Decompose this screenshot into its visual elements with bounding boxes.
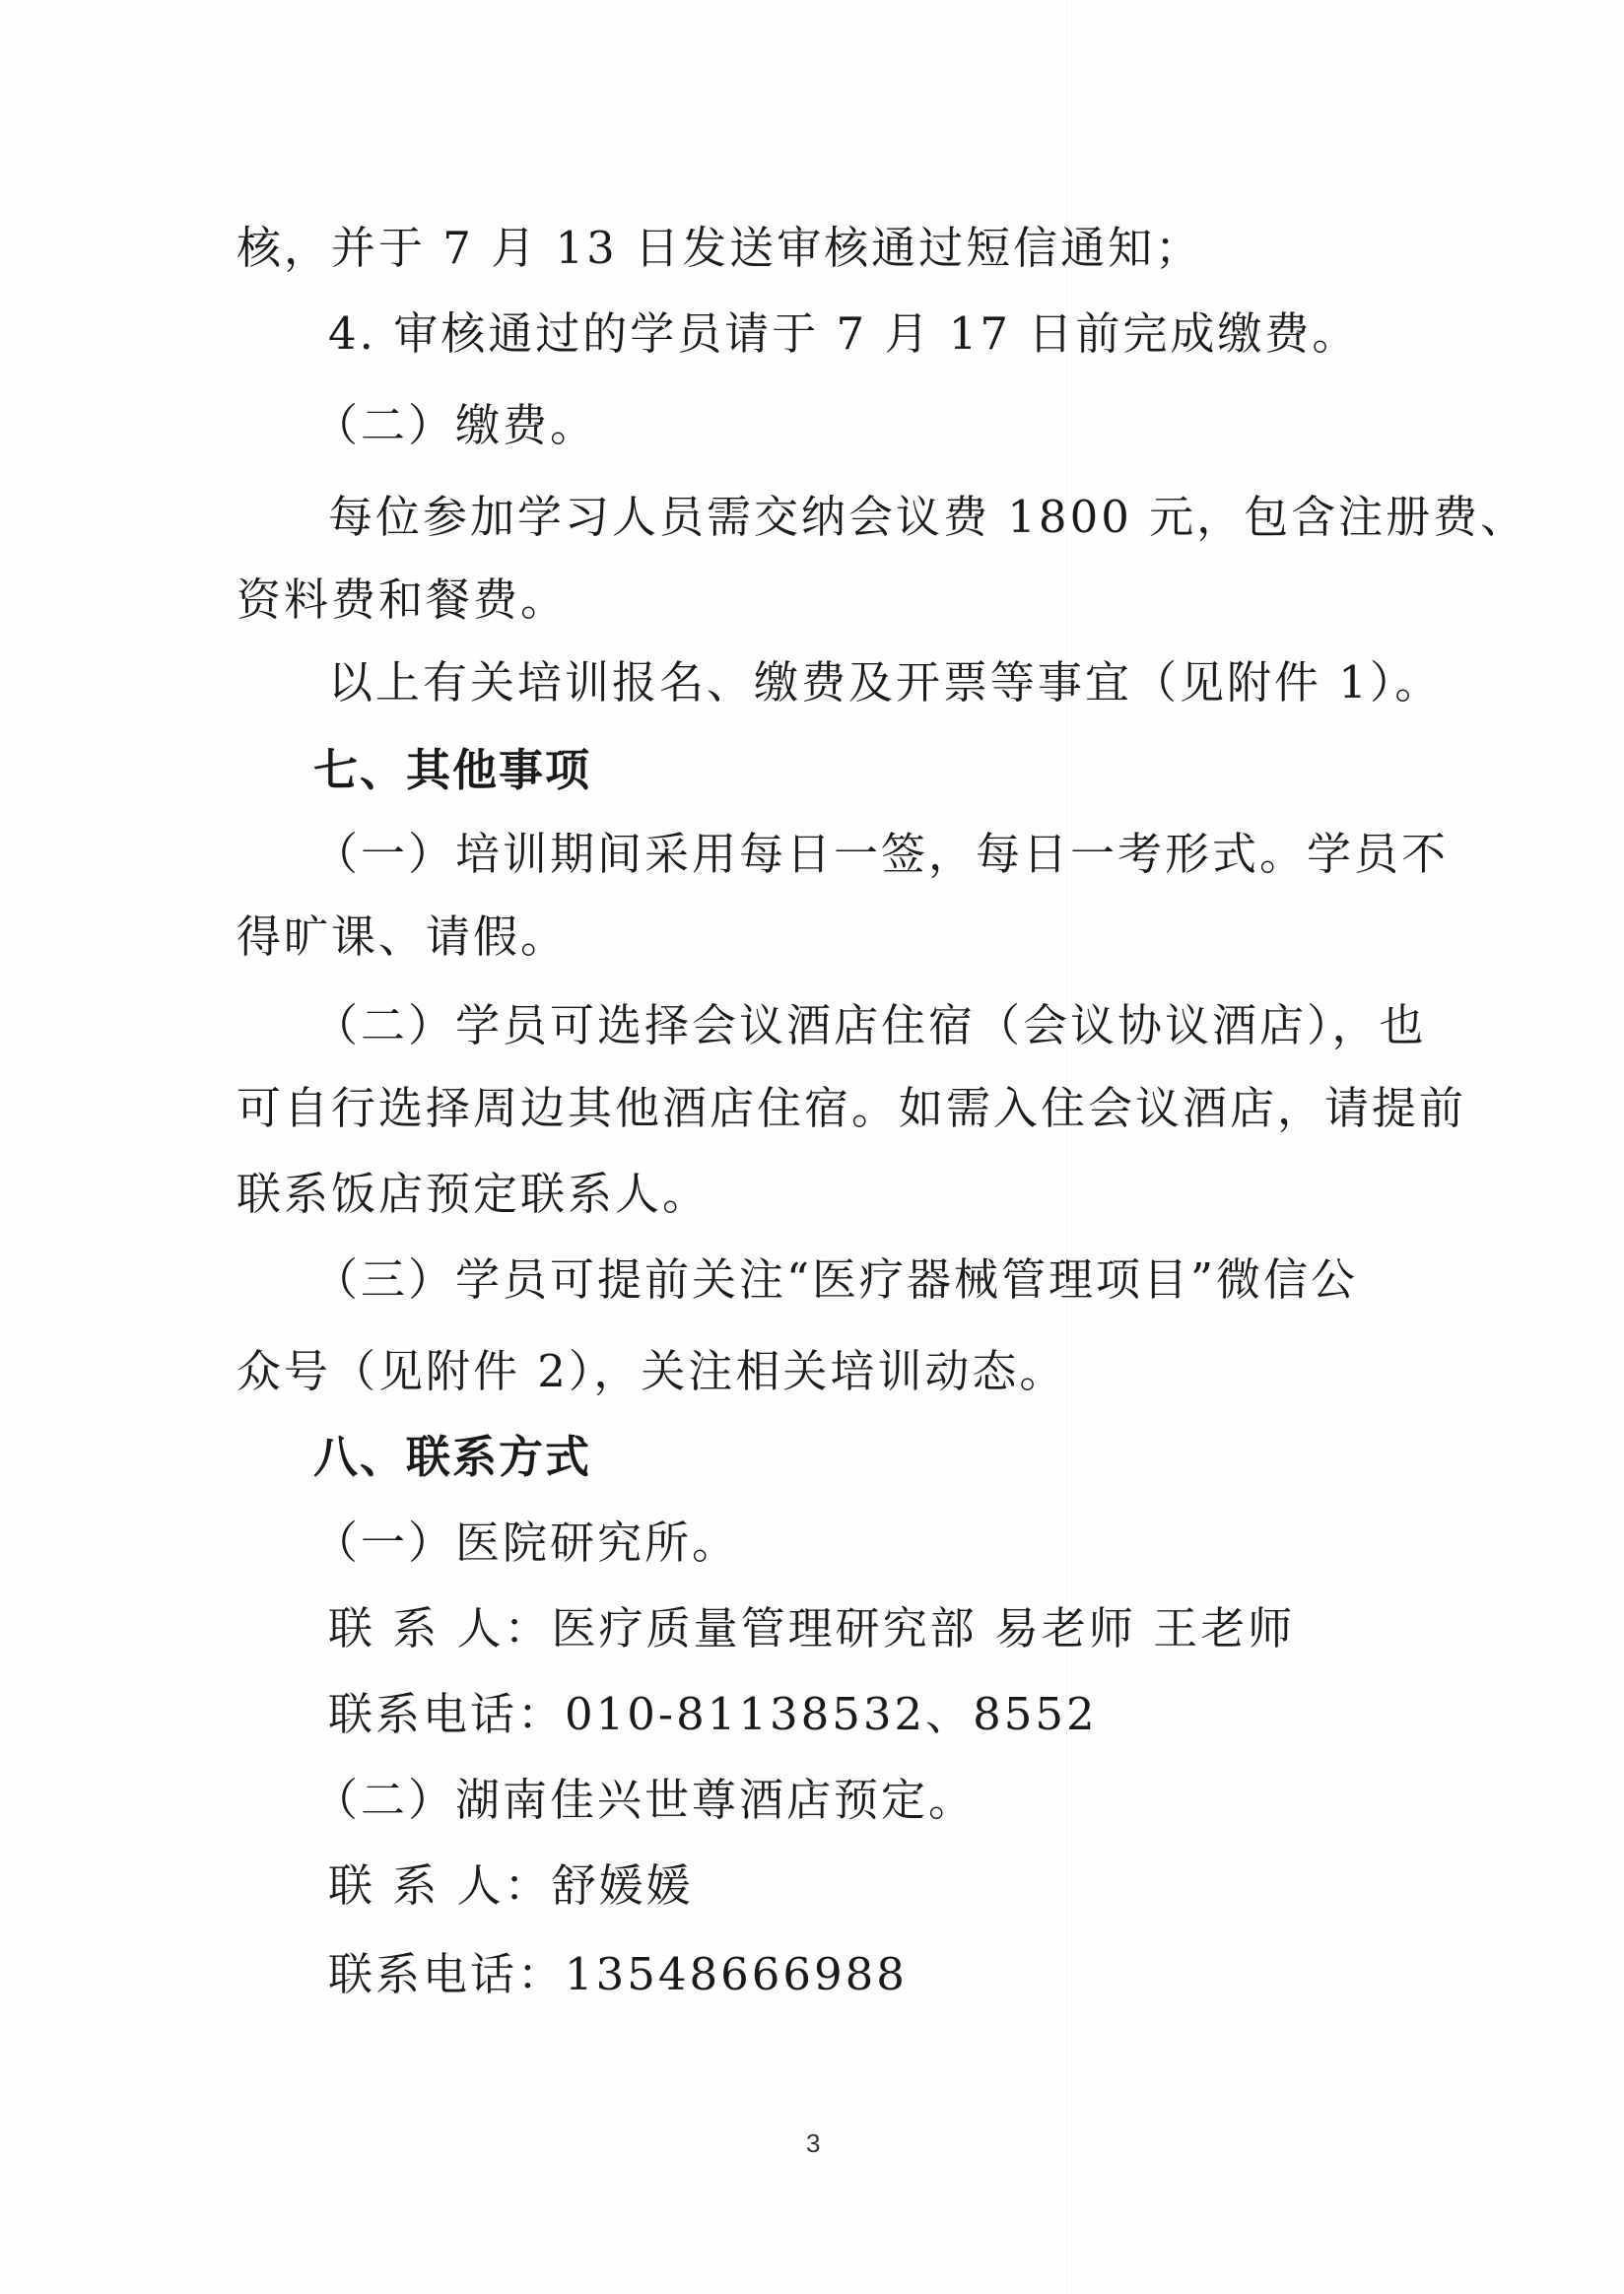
text-line-wechat: （三）学员可提前关注“医疗器械管理项目”微信公 xyxy=(313,1250,1358,1310)
contact-phone-institute: 联系电话：010-81138532、8552 xyxy=(328,1685,1098,1744)
text-line-fee-cont: 资料费和餐费。 xyxy=(237,571,568,630)
text-line-attendance-cont: 得旷课、请假。 xyxy=(237,908,568,967)
document-page: 核，并于 7 月 13 日发送审核通过短信通知； 4. 审核通过的学员请于 7 … xyxy=(0,0,1624,2294)
text-line-hotel-cont: 可自行选择周边其他酒店住宿。如需入住会议酒店，请提前 xyxy=(237,1079,1466,1138)
text-line-payment-deadline: 4. 审核通过的学员请于 7 月 17 日前完成缴费。 xyxy=(328,304,1359,364)
text-line-hotel: （二）学员可选择会议酒店住宿（会议协议酒店），也 xyxy=(313,996,1427,1055)
contact-person-hotel: 联 系 人：舒媛媛 xyxy=(328,1856,694,1916)
text-line-wechat-cont: 众号（见附件 2），关注相关培训动态。 xyxy=(237,1342,1066,1401)
text-line-attachment1: 以上有关培训报名、缴费及开票等事宜（见附件 1）。 xyxy=(328,653,1442,712)
text-line-hotel-cont2: 联系饭店预定联系人。 xyxy=(237,1165,710,1224)
subheading-hotel-booking: （二）湖南佳兴世尊酒店预定。 xyxy=(313,1771,976,1830)
section-heading-contact: 八、联系方式 xyxy=(313,1428,591,1487)
page-number: 3 xyxy=(806,2128,820,2159)
text-line-attendance: （一）培训期间采用每日一签，每日一考形式。学员不 xyxy=(313,825,1449,884)
text-line-review-notice: 核，并于 7 月 13 日发送审核通过短信通知； xyxy=(237,219,1202,278)
subheading-payment: （二）缴费。 xyxy=(313,396,597,455)
contact-person-institute: 联 系 人：医疗质量管理研究部 易老师 王老师 xyxy=(328,1599,1295,1658)
section-heading-other-matters: 七、其他事项 xyxy=(313,741,591,800)
contact-phone-hotel: 联系电话：13548666988 xyxy=(328,1945,908,2004)
text-line-fee: 每位参加学习人员需交纳会议费 1800 元，包含注册费、 xyxy=(328,488,1527,547)
subheading-institute: （一）医院研究所。 xyxy=(313,1514,739,1573)
